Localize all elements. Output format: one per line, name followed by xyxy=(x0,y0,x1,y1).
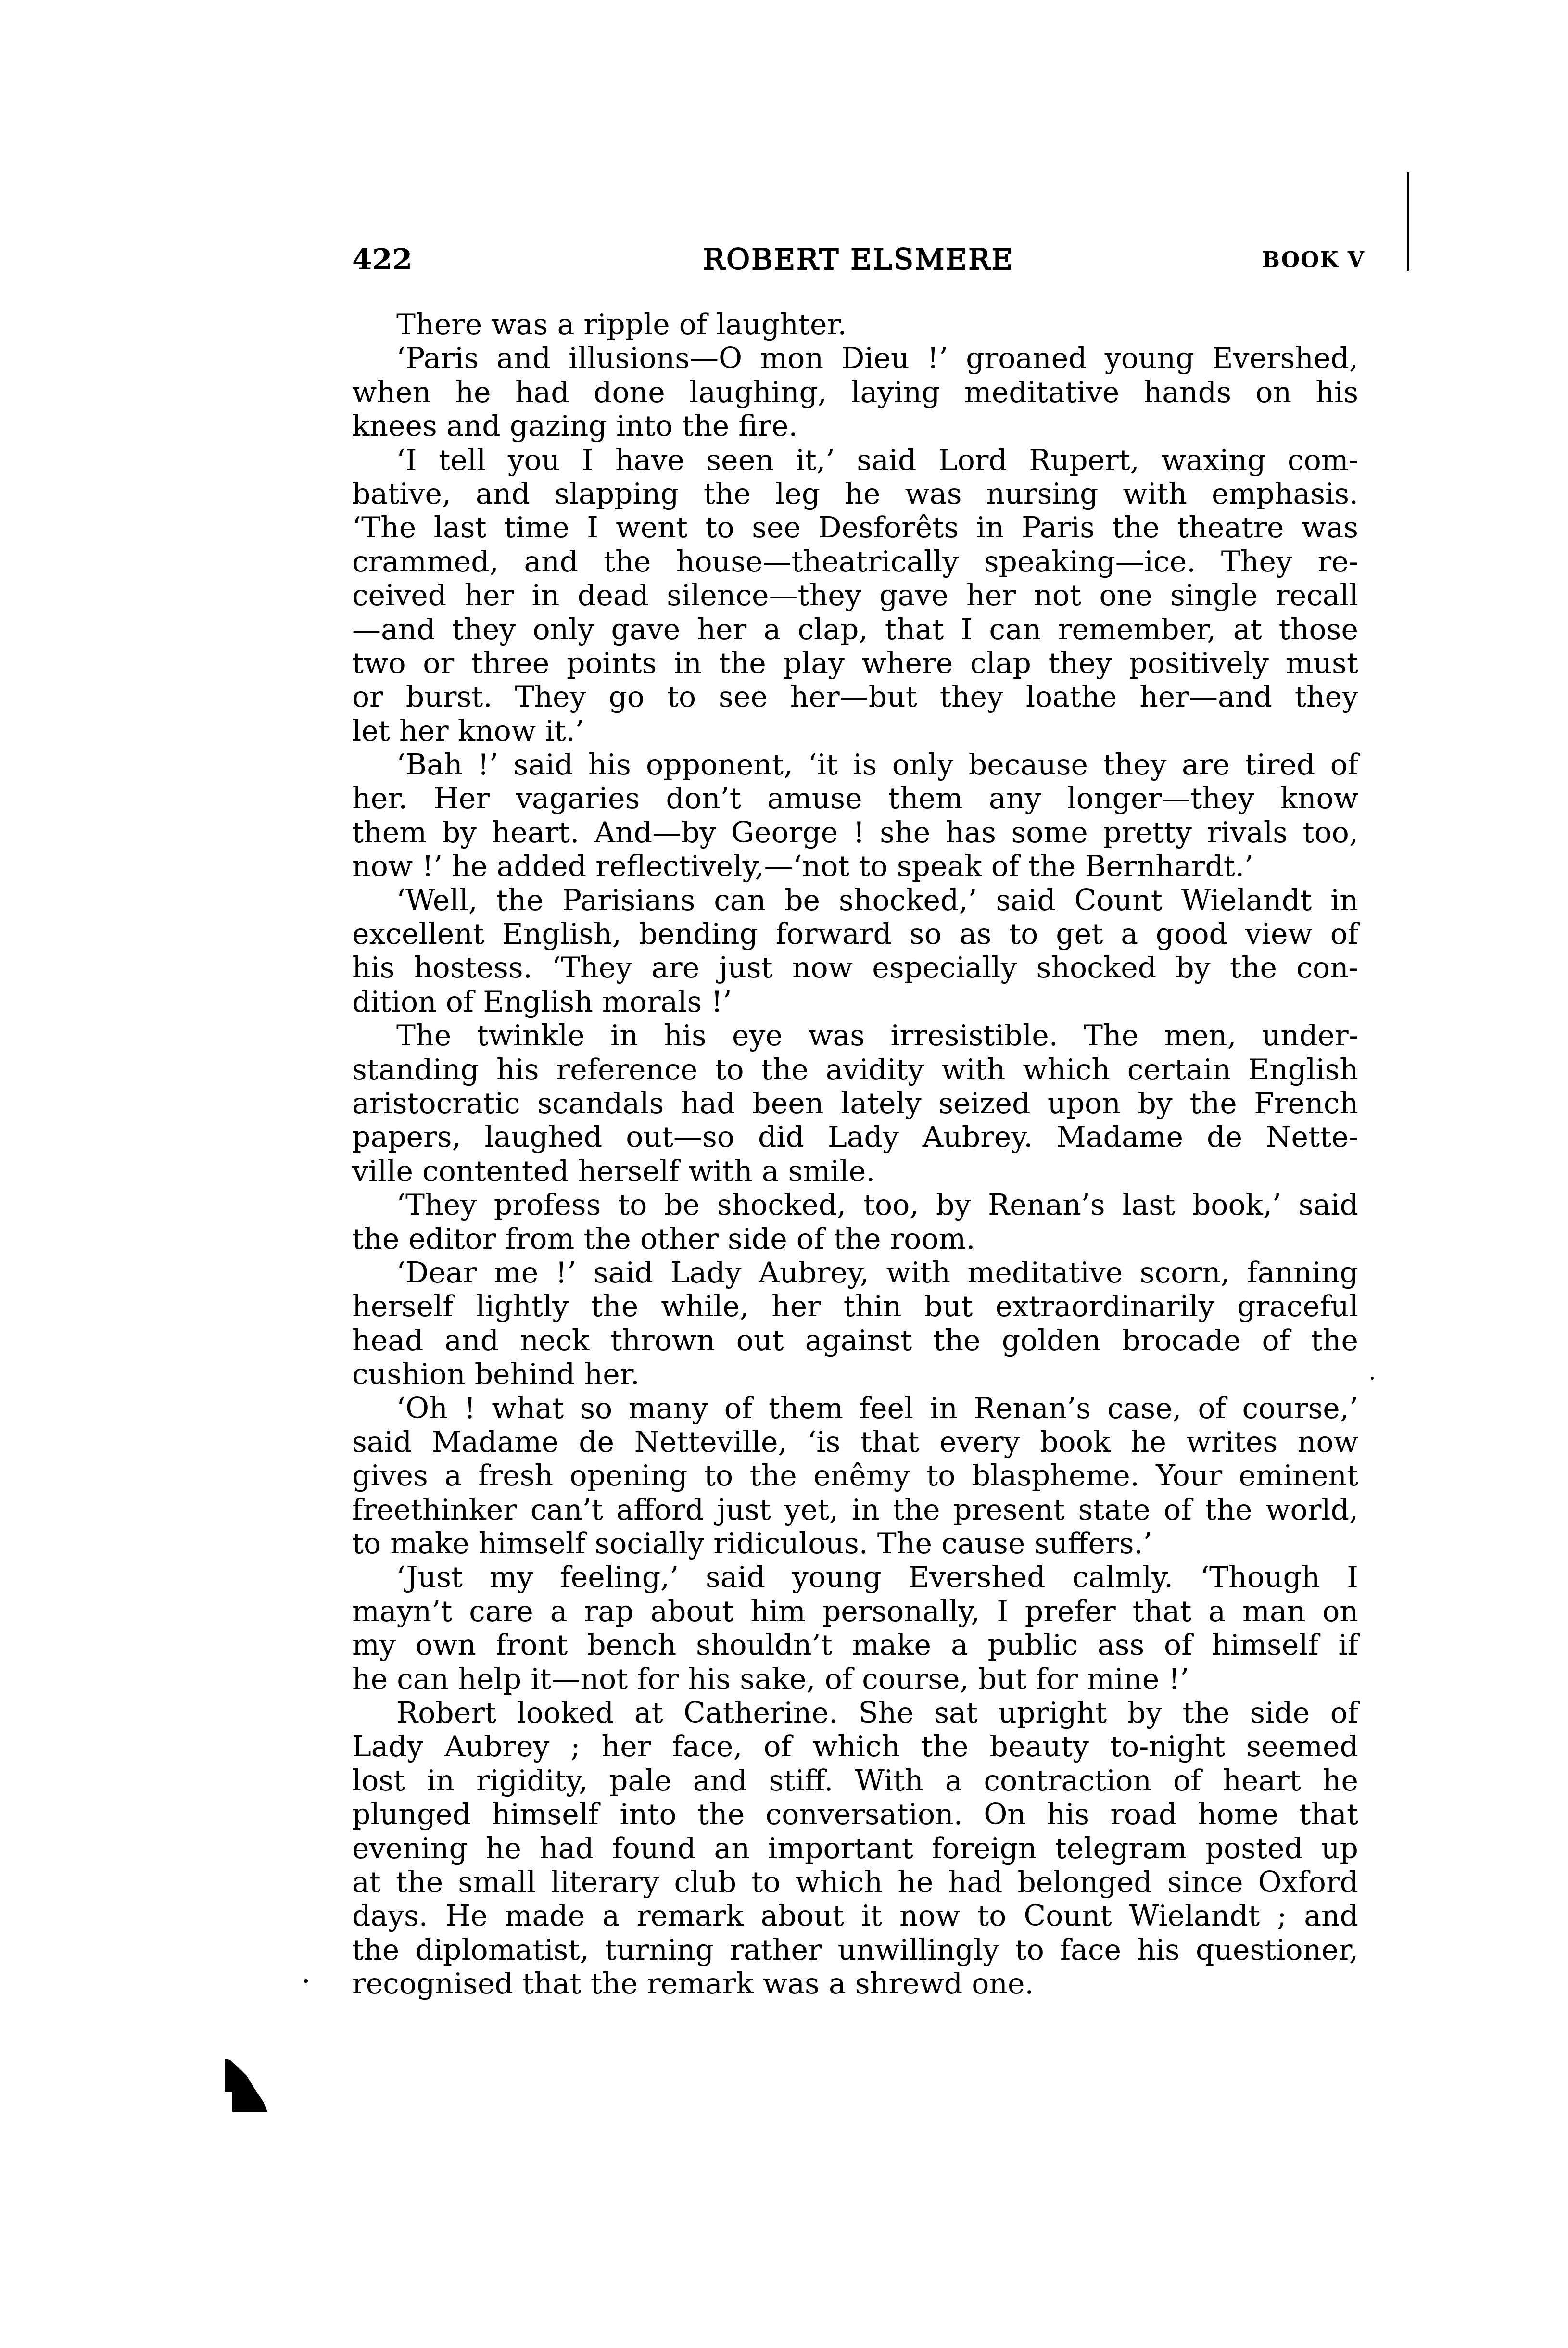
text-line: when he had done laughing, laying medita… xyxy=(352,376,1358,409)
running-title: ROBERT ELSMERE xyxy=(352,243,1365,277)
text-line: aristocratic scandals had been lately se… xyxy=(352,1087,1358,1120)
text-line: ‘The last time I went to see Desforêts i… xyxy=(352,511,1358,545)
scan-speck xyxy=(1371,1377,1374,1380)
text-line: recognised that the remark was a shrewd … xyxy=(352,1967,1358,2001)
text-line: Lady Aubrey ; her face, of which the bea… xyxy=(352,1730,1358,1764)
text-line: head and neck thrown out against the gol… xyxy=(352,1324,1358,1358)
text-line: ceived her in dead silence—they gave her… xyxy=(352,579,1358,612)
text-line: herself lightly the while, her thin but … xyxy=(352,1290,1358,1323)
text-line: or burst. They go to see her—but they lo… xyxy=(352,680,1358,714)
text-line: ‘Well, the Parisians can be shocked,’ sa… xyxy=(352,884,1358,917)
text-line: let her know it.’ xyxy=(352,714,1358,748)
scan-margin-line xyxy=(1407,172,1409,271)
text-line: crammed, and the house—theatrically spea… xyxy=(352,545,1358,579)
text-line: lost in rigidity, pale and stiff. With a… xyxy=(352,1764,1358,1798)
text-line: mayn’t care a rap about him personally, … xyxy=(352,1595,1358,1628)
text-line: he can help it—not for his sake, of cour… xyxy=(352,1663,1358,1696)
text-line: her. Her vagaries don’t amuse them any l… xyxy=(352,782,1358,815)
text-line: my own front bench shouldn’t make a publ… xyxy=(352,1628,1358,1662)
section-label: BOOK V xyxy=(1262,248,1365,272)
book-page: 422 ROBERT ELSMERE BOOK V There was a ri… xyxy=(0,0,1568,2348)
text-line: standing his reference to the avidity wi… xyxy=(352,1053,1358,1087)
text-line: the editor from the other side of the ro… xyxy=(352,1222,1358,1256)
text-line: now !’ he added reflectively,—‘not to sp… xyxy=(352,850,1358,883)
text-line: Robert looked at Catherine. She sat upri… xyxy=(352,1696,1358,1730)
text-line: freethinker can’t afford just yet, in th… xyxy=(352,1493,1358,1527)
running-header: 422 ROBERT ELSMERE BOOK V xyxy=(352,243,1365,281)
text-line: There was a ripple of laughter. xyxy=(352,308,1358,342)
scan-corner-mark-icon xyxy=(225,2059,268,2112)
text-line: ‘Just my feeling,’ said young Evershed c… xyxy=(352,1561,1358,1594)
text-line: The twinkle in his eye was irresistible.… xyxy=(352,1019,1358,1053)
text-line: ‘Dear me !’ said Lady Aubrey, with medit… xyxy=(352,1256,1358,1290)
scan-speck xyxy=(304,1979,308,1983)
text-line: ‘They profess to be shocked, too, by Ren… xyxy=(352,1188,1358,1222)
text-line: them by heart. And—by George ! she has s… xyxy=(352,816,1358,850)
text-line: —and they only gave her a clap, that I c… xyxy=(352,613,1358,647)
text-line: dition of English morals !’ xyxy=(352,985,1358,1019)
text-line: gives a fresh opening to the enêmy to bl… xyxy=(352,1459,1358,1493)
text-line: ‘I tell you I have seen it,’ said Lord R… xyxy=(352,444,1358,477)
text-line: ‘Bah !’ said his opponent, ‘it is only b… xyxy=(352,748,1358,782)
body-text: There was a ripple of laughter.‘Paris an… xyxy=(352,308,1358,2001)
text-line: at the small literary club to which he h… xyxy=(352,1866,1358,1899)
text-line: bative, and slapping the leg he was nurs… xyxy=(352,477,1358,511)
text-line: cushion behind her. xyxy=(352,1358,1358,1391)
text-line: two or three points in the play where cl… xyxy=(352,647,1358,680)
text-line: the diplomatist, turning rather unwillin… xyxy=(352,1933,1358,1967)
text-line: said Madame de Netteville, ‘is that ever… xyxy=(352,1425,1358,1459)
text-line: knees and gazing into the fire. xyxy=(352,409,1358,443)
text-line: excellent English, bending forward so as… xyxy=(352,917,1358,951)
text-line: to make himself socially ridiculous. The… xyxy=(352,1527,1358,1561)
text-line: his hostess. ‘They are just now especial… xyxy=(352,951,1358,985)
text-line: ‘Paris and illusions—O mon Dieu !’ groan… xyxy=(352,342,1358,375)
text-line: plunged himself into the conversation. O… xyxy=(352,1798,1358,1831)
text-line: evening he had found an important foreig… xyxy=(352,1832,1358,1866)
text-line: ville contented herself with a smile. xyxy=(352,1155,1358,1188)
text-line: papers, laughed out—so did Lady Aubrey. … xyxy=(352,1120,1358,1154)
text-line: ‘Oh ! what so many of them feel in Renan… xyxy=(352,1392,1358,1425)
text-line: days. He made a remark about it now to C… xyxy=(352,1899,1358,1933)
